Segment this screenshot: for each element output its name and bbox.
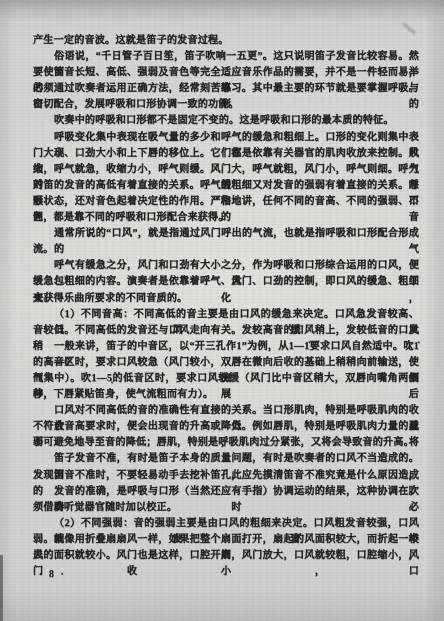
- text-line: 不可避免地导至音的降低；唇肌，特别是呼吸肌肉过分紧张，又将会导致音的升高。: [33, 435, 419, 451]
- text-line: 音较低。不同高低的发音还与口风走向有关。发较高音的口风稍上，发较低音的口风稍。: [33, 323, 419, 339]
- document-body: 产生一定的音波。这就是笛子的发音过程。俗语说，“千日管子百日笙，笛子吹响一五更”…: [33, 33, 419, 564]
- text-line: （2）不同强弱：音的强弱主要是由口风的粗细来决定。口风粗发音较强，口风细发音较: [33, 516, 419, 532]
- text-line: 发音的准确，是呼吸与口形（当然还应有手指）协调运动的结果，这种协调在吹奏时必: [33, 484, 419, 500]
- text-line: 口风对不同高低的音的准确性有直接的关系。当口形肌肉，特别是呼吸肌肉的收放力量: [33, 403, 419, 419]
- text-line: 必须通过吹奏者运用正确方法，经常刻苦练习。其中最主要的环节就是要掌握呼吸与口形的: [33, 81, 419, 97]
- text-line: 而集中）。吹1—5̣的低音区时，要求口风较缓（风门比中音区稍大，双唇向嘴角两侧伸…: [33, 371, 419, 387]
- text-line: 不符合音高要求时，便会出现音的升高或降低。例如唇肌，特别是呼吸肌肉力量的减弱，将: [33, 419, 419, 435]
- text-line: 俗语说，“千日管子百日笙，笛子吹响一五更”。这只说明笛子发音比较容易。然而，: [33, 49, 419, 65]
- text-line: 门大小、口劲大小和上下唇的移位上。它们都是依靠有关器官的肌肉收放来控制。收缩力: [33, 146, 419, 162]
- text-line: 通常所说的“口风”，就是指通过风门呼出的气流，也就是指呼吸和口形配合形成的气: [33, 226, 419, 242]
- text-line: 的高音区时，要求口风较急（风门较小，双唇在微向后收的基础上稍稍向前输送，使气流细: [33, 355, 419, 371]
- scanned-page: 产生一定的音波。这就是笛子的发音过程。俗语说，“千日管子百日笙，笛子吹响一五更”…: [0, 0, 444, 621]
- text-line: 产生一定的音波。这就是笛子的发音过程。: [33, 33, 419, 49]
- text-line: 缓急、粗细的内容。演奏者是依靠着呼气、风门、口劲的控制，即口风的缓急、粗细变化，: [33, 274, 419, 290]
- text-line: 形状态，还对音色起着决定性的作用。严格地讲，任何不同的音高、不同的强弱、不同的音: [33, 194, 419, 210]
- text-line: 对笛的发音的高低有着直接的关系。呼气的粗细又对发音的强弱有着直接的关系。呼吸和口: [33, 178, 419, 194]
- text-line: 一般来讲，笛子的中音区，以“开三孔作1”为例，从1—1̇要求口风自然适中。吹1̇…: [33, 339, 419, 355]
- text-line: 笛子发音不准，有时是笛子本身的质量问题，有时是吹奏者的口风不当造成的。因此，: [33, 451, 419, 467]
- text-line: 风的面积就较小。风门也是这样，口腔开阔，风门放大，口风就较粗，口腔缩小，风门收小…: [33, 548, 419, 564]
- page-number: · 8 ·: [39, 569, 66, 580]
- text-line: 要使笛音长短、高低、强弱及音色等完全适应音乐作品的需要，并不是一件轻而易举的事。: [33, 65, 419, 81]
- scan-edge-artifact: [0, 555, 3, 621]
- text-line: 呼吸变化集中表现在吸气量的多少和呼气的缓急和粗细上。口形的变化则集中表现在风: [33, 130, 419, 146]
- text-line: 吹奏中的呼吸和口形都不是固定不变的。这是呼吸和口形的最本质的特征。: [33, 113, 419, 129]
- text-line: 发现笛音不准时，不要轻易动手去挖补笛孔，应先摸清笛音不准究竟是什么原因造成的。: [33, 468, 419, 484]
- text-line: 呼气有缓急之分，风门和口劲有大小之分，作为呼吸和口形综合运用的口风，便包含了: [33, 258, 419, 274]
- text-line: （1）不同音高：不同高低的音主要是由口风的缓急来决定。口风急发音较高、口风缓发: [33, 307, 419, 323]
- text-line: 弱。就像用折叠扇扇风一样，如果把整个扇面打开，扇起的风面积较大，而折起一半去扇，: [33, 532, 419, 548]
- text-line: 大，呼气就急，收缩力小，呼气则缓。风门大，呼气就粗，风门小，呼气则细。呼气的缓急: [33, 162, 419, 178]
